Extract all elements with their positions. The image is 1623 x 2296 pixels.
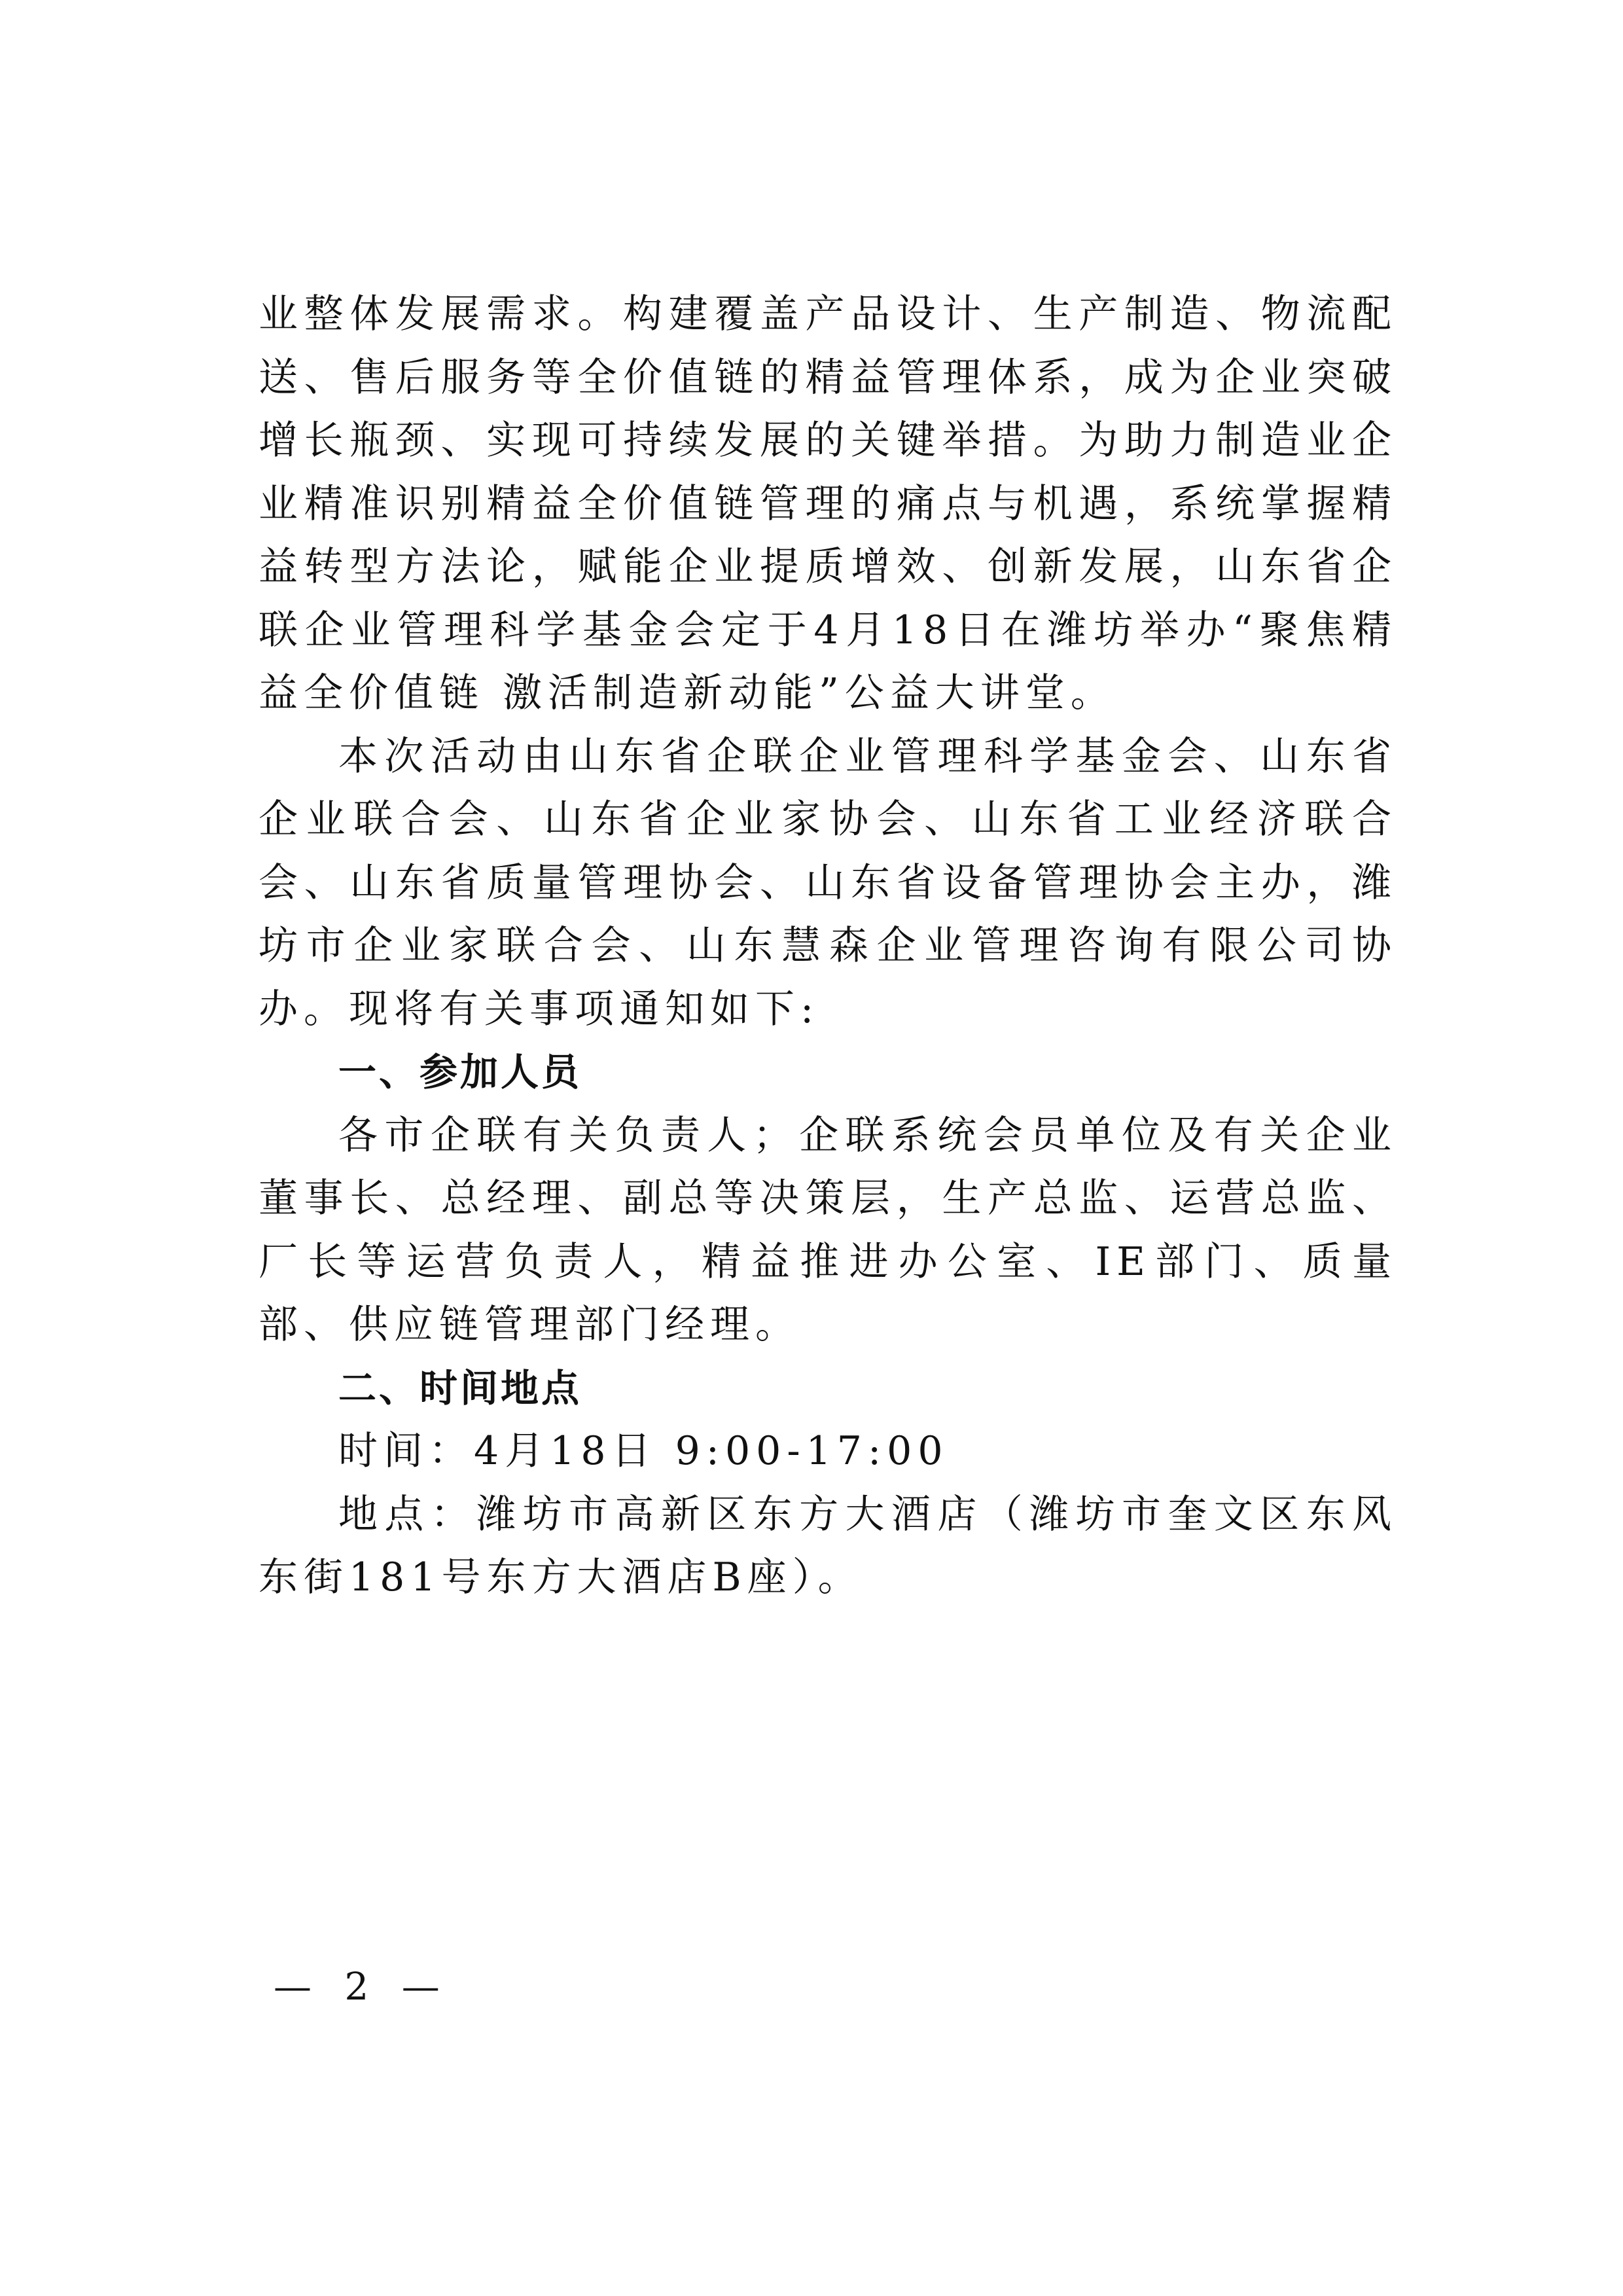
page-number: — 2 — [274, 1964, 450, 2009]
document-body: 业整体发展需求。构建覆盖产品设计、生产制造、物流配送、售后服务等全价值链的精益管… [259, 283, 1397, 1609]
section-heading-participants: 一、参加人员 [259, 1041, 1397, 1104]
participants-paragraph: 各市企联有关负责人；企联系统会员单位及有关企业董事长、总经理、副总等决策层，生产… [259, 1104, 1397, 1357]
section-heading-time-place: 二、时间地点 [259, 1357, 1397, 1420]
organizers-paragraph: 本次活动由山东省企联企业管理科学基金会、山东省企业联合会、山东省企业家协会、山东… [259, 725, 1397, 1041]
event-location: 地点：潍坊市高新区东方大酒店（潍坊市奎文区东风东街181号东方大酒店B座）。 [259, 1483, 1397, 1609]
intro-paragraph-continued: 业整体发展需求。构建覆盖产品设计、生产制造、物流配送、售后服务等全价值链的精益管… [259, 283, 1397, 725]
document-page: 业整体发展需求。构建覆盖产品设计、生产制造、物流配送、售后服务等全价值链的精益管… [0, 0, 1623, 2296]
event-time: 时间：4月18日 9:00-17:00 [259, 1420, 1397, 1483]
